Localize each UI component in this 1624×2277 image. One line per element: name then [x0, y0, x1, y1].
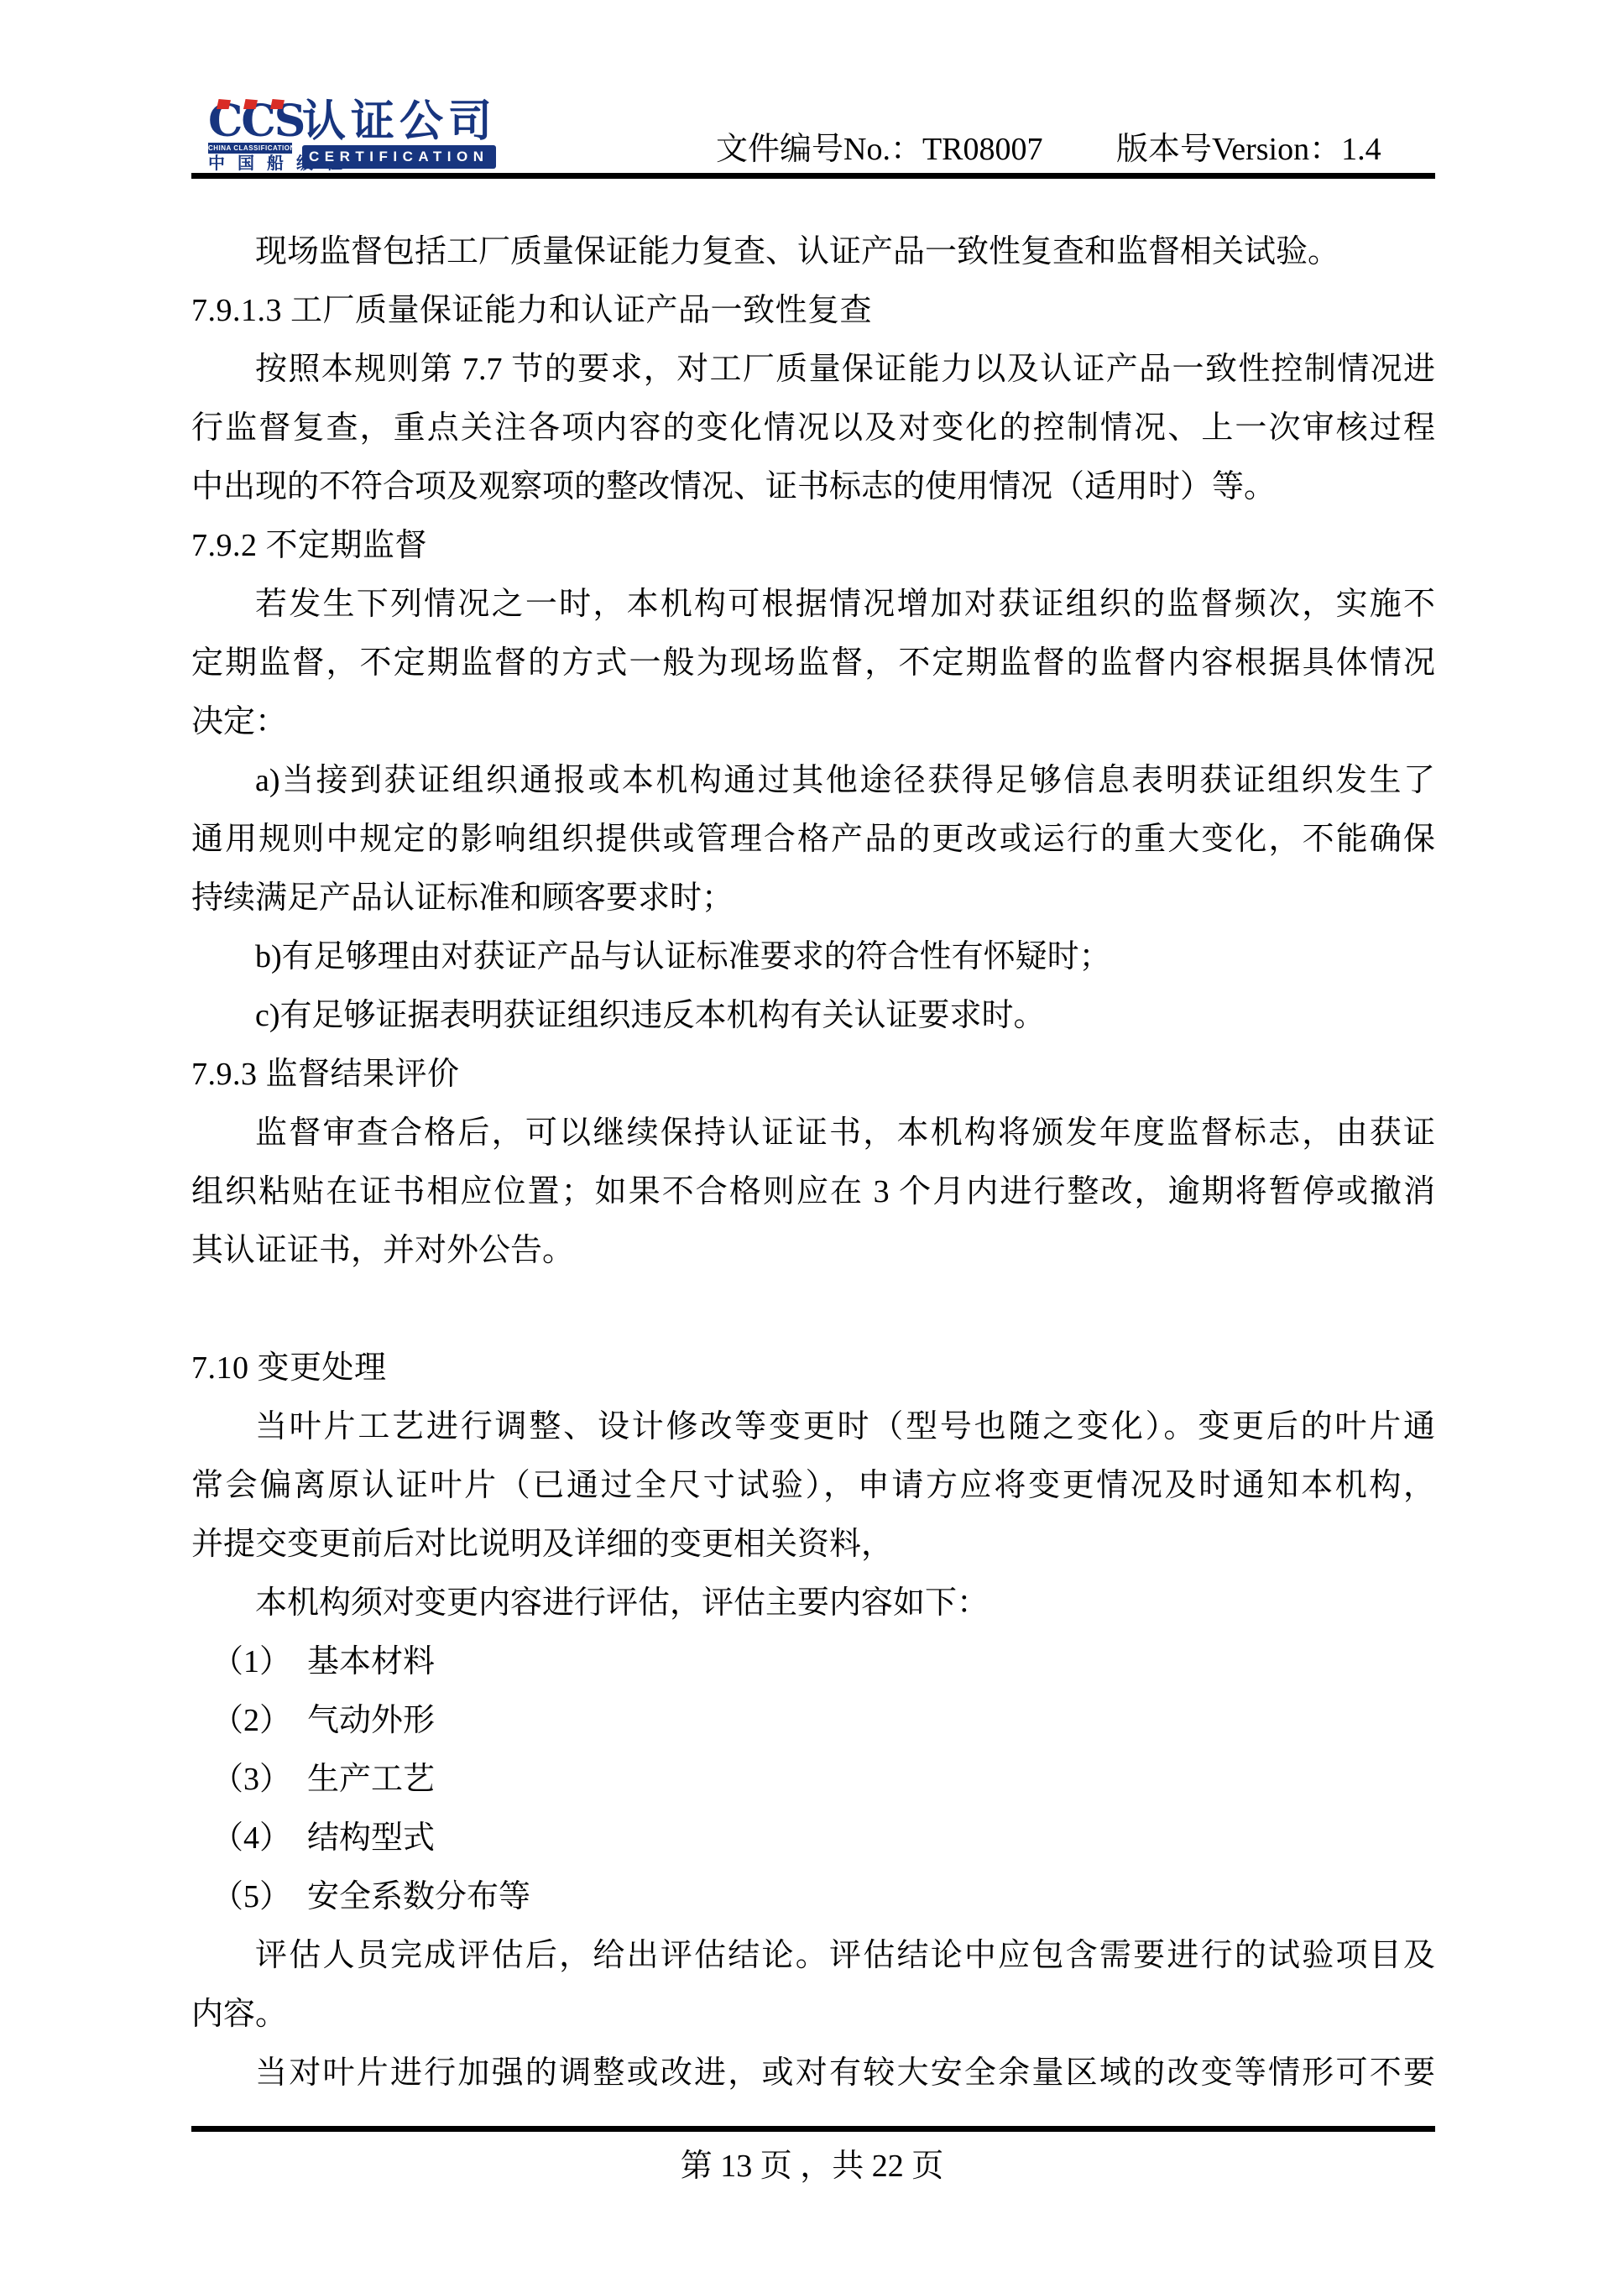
body-line: 决定：	[191, 692, 1435, 751]
header-meta: 文件编号No.：TR08007 版本号Version：1.4	[716, 126, 1438, 173]
document-number: 文件编号No.：TR08007	[716, 132, 1043, 167]
ccs-logo: CCS CHINA CLASSIFICATION SOCIETY 中 国 船 级…	[208, 102, 510, 173]
body-line: b)有足够理由对获证产品与认证标准要求的符合性有怀疑时；	[191, 927, 1435, 986]
body-line: 定期监督，不定期监督的方式一般为现场监督，不定期监督的监督内容根据具体情况	[191, 634, 1435, 692]
society-name-en: CHINA CLASSIFICATION SOCIETY	[208, 143, 292, 154]
body-line: 组织粘贴在证书相应位置；如果不合格则应在 3 个月内进行整改，逾期将暂停或撤消	[191, 1162, 1435, 1221]
body-line: 其认证证书，并对外公告。	[191, 1221, 1435, 1280]
footer-rule	[191, 2126, 1435, 2132]
ccs-logo-left: CCS CHINA CLASSIFICATION SOCIETY 中 国 船 级…	[208, 102, 292, 173]
body-line: a)当接到获证组织通报或本机构通过其他途径获得足够信息表明获证组织发生了	[191, 751, 1435, 810]
body-line: 并提交变更前后对比说明及详细的变更相关资料，	[191, 1515, 1435, 1574]
society-name-cn: 中 国 船 级 社	[208, 154, 292, 173]
red-accent-icon	[243, 99, 258, 109]
body-line: 中出现的不符合项及观察项的整改情况、证书标志的使用情况（适用时）等。	[191, 457, 1435, 516]
ccs-logo-right: 认证公司 CERTIFICATION	[302, 102, 497, 169]
body-line: 当对叶片进行加强的调整或改进，或对有较大安全余量区域的改变等情形可不要	[191, 2044, 1435, 2102]
body-line: 当叶片工艺进行调整、设计修改等变更时（型号也随之变化）。变更后的叶片通	[191, 1397, 1435, 1456]
body-line: 常会偏离原认证叶片（已通过全尺寸试验），申请方应将变更情况及时通知本机构，	[191, 1456, 1435, 1515]
body-line: 若发生下列情况之一时，本机构可根据情况增加对获证组织的监督频次，实施不	[191, 575, 1435, 634]
body-line: 监督审查合格后，可以继续保持认证证书，本机构将颁发年度监督标志，由获证	[191, 1104, 1435, 1162]
section-heading: 7.9.1.3 工厂质量保证能力和认证产品一致性复查	[191, 281, 1435, 340]
certification-bar: CERTIFICATION	[302, 145, 496, 169]
document-page: CCS CHINA CLASSIFICATION SOCIETY 中 国 船 级…	[0, 0, 1624, 2277]
red-accent-icon	[217, 99, 231, 109]
body-line: 行监督复查，重点关注各项内容的变化情况以及对变化的控制情况、上一次审核过程	[191, 399, 1435, 457]
section-heading: 7.10 变更处理	[191, 1339, 1435, 1397]
body-line: 本机构须对变更内容进行评估，评估主要内容如下：	[191, 1574, 1435, 1632]
certification-company-cn: 认证公司	[302, 102, 497, 143]
body-line: 持续满足产品认证标准和顾客要求时；	[191, 869, 1435, 927]
document-body: 现场监督包括工厂质量保证能力复查、认证产品一致性复查和监督相关试验。7.9.1.…	[191, 222, 1435, 2102]
body-line: 现场监督包括工厂质量保证能力复查、认证产品一致性复查和监督相关试验。	[191, 222, 1435, 281]
section-heading: 7.9.2 不定期监督	[191, 516, 1435, 575]
body-line: 通用规则中规定的影响组织提供或管理合格产品的更改或运行的重大变化，不能确保	[191, 810, 1435, 869]
body-line	[191, 1280, 1435, 1339]
body-line: （1） 基本材料	[191, 1632, 1435, 1691]
header-rule	[191, 173, 1435, 179]
body-line: （4） 结构型式	[191, 1809, 1435, 1867]
page-number: 第 13 页 ，共 22 页	[0, 2139, 1624, 2194]
red-accent-icon	[270, 99, 285, 109]
body-line: （5） 安全系数分布等	[191, 1867, 1435, 1926]
body-line: （3） 生产工艺	[191, 1750, 1435, 1809]
version-number: 版本号Version：1.4	[1116, 132, 1381, 167]
body-line: 评估人员完成评估后，给出评估结论。评估结论中应包含需要进行的试验项目及	[191, 1926, 1435, 1985]
section-heading: 7.9.3 监督结果评价	[191, 1045, 1435, 1104]
body-line: 内容。	[191, 1985, 1435, 2044]
body-line: （2） 气动外形	[191, 1691, 1435, 1750]
body-line: c)有足够证据表明获证组织违反本机构有关认证要求时。	[191, 986, 1435, 1045]
body-line: 按照本规则第 7.7 节的要求，对工厂质量保证能力以及认证产品一致性控制情况进	[191, 340, 1435, 399]
ccs-red-accents-icon	[213, 99, 294, 111]
